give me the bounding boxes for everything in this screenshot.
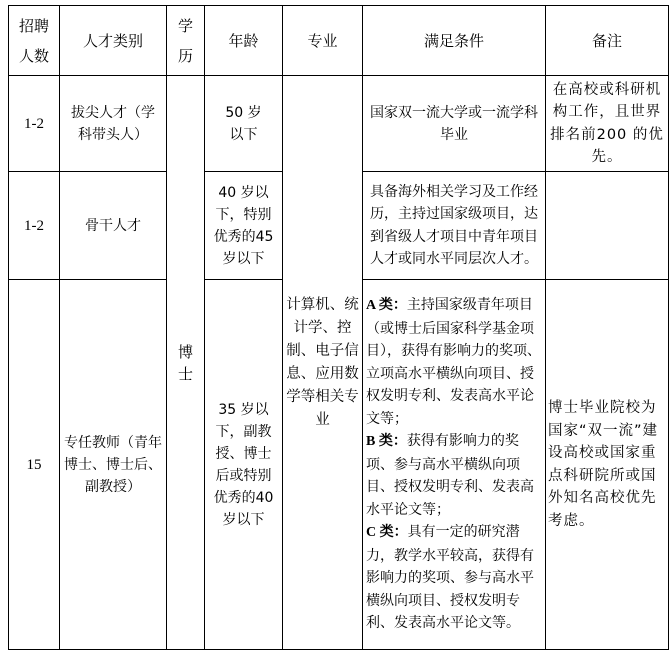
- row-conditions: A 类：主持国家级青年项目（或博士后国家科学基金项目），获得有影响力的奖项、立项…: [363, 280, 546, 650]
- row-age-text: 35 岁以下，副教授、博士后或特别优秀的40 岁以下: [205, 399, 282, 531]
- header-count-line2: 人数: [9, 41, 59, 71]
- education-cell: 博 士: [167, 76, 205, 650]
- row-count: 1-2: [9, 172, 60, 280]
- row-age-text: 50 岁以下: [205, 102, 282, 146]
- header-category: 人才类别: [60, 6, 167, 76]
- row-age: 40 岁以下，特别优秀的45 岁以下: [205, 172, 283, 280]
- education-line2: 士: [167, 363, 204, 385]
- row-category: 骨干人才: [60, 172, 167, 280]
- row-remarks: 在高校或科研机构工作，且世界排名前200 的优先。: [546, 76, 669, 172]
- header-age: 年龄: [205, 6, 283, 76]
- education-line1: 博: [167, 341, 204, 363]
- header-education: 学 历: [167, 6, 205, 76]
- header-count: 招聘 人数: [9, 6, 60, 76]
- row-remarks-text: 在高校或科研机构工作，且世界排名前200 的优先。: [546, 79, 668, 169]
- conditions-list: A 类：主持国家级青年项目（或博士后国家科学基金项目），获得有影响力的奖项、立项…: [363, 294, 545, 635]
- row-conditions: 具备海外相关学习及工作经历，主持过国家级项目，达到省级人才项目中青年项目人才或同…: [363, 172, 546, 280]
- recruitment-table: 招聘 人数 人才类别 学 历 年龄 专业 满足条件 备注 1-2 拔尖人才（学科…: [8, 5, 669, 650]
- header-row: 招聘 人数 人才类别 学 历 年龄 专业 满足条件 备注: [9, 6, 669, 76]
- header-remarks: 备注: [546, 6, 669, 76]
- row-remarks: 博士毕业院校为国家“双一流”建设高校或国家重点科研院所或国外知名高校优先考虑。: [546, 280, 669, 650]
- header-education-line1: 学: [167, 11, 204, 41]
- condition-a: A 类：主持国家级青年项目（或博士后国家科学基金项目），获得有影响力的奖项、立项…: [366, 294, 542, 430]
- row-remarks-text: 博士毕业院校为国家“双一流”建设高校或国家重点科研院所或国外知名高校优先考虑。: [546, 397, 668, 532]
- table-row: 1-2 拔尖人才（学科带头人） 博 士 50 岁以下 计算机、统计学、控制、电子…: [9, 76, 669, 172]
- condition-a-label: A 类：: [366, 298, 407, 313]
- condition-a-text: 主持国家级青年项目（或博士后国家科学基金项目），获得有影响力的奖项、立项高水平横…: [366, 297, 541, 427]
- row-count: 15: [9, 280, 60, 650]
- row-category: 拔尖人才（学科带头人）: [60, 76, 167, 172]
- row-remarks: [546, 172, 669, 280]
- condition-c-label: C 类：: [366, 525, 408, 540]
- condition-c: C 类：具有一定的研究潜力，教学水平较高，获得有影响力的奖项、参与高水平横纵向项…: [366, 521, 542, 635]
- major-text: 计算机、统计学、控制、电子信息、应用数学等相关专业: [283, 294, 362, 432]
- row-category-text: 拔尖人才（学科带头人）: [60, 102, 166, 146]
- header-count-line1: 招聘: [9, 11, 59, 41]
- major-cell: 计算机、统计学、控制、电子信息、应用数学等相关专业: [283, 76, 363, 650]
- row-conditions-text: 国家双一流大学或一流学科毕业: [363, 102, 545, 146]
- header-conditions: 满足条件: [363, 6, 546, 76]
- header-major: 专业: [283, 6, 363, 76]
- condition-c-text: 具有一定的研究潜力，教学水平较高，获得有影响力的奖项、参与高水平横纵向项目、授权…: [366, 524, 534, 631]
- condition-b: B 类：获得有影响力的奖项、参与高水平横纵向项目、授权发明专利、发表高水平论文等…: [366, 430, 542, 521]
- row-age: 35 岁以下，副教授、博士后或特别优秀的40 岁以下: [205, 280, 283, 650]
- row-count: 1-2: [9, 76, 60, 172]
- row-category: 专任教师（青年博士、博士后、副教授）: [60, 280, 167, 650]
- row-conditions: 国家双一流大学或一流学科毕业: [363, 76, 546, 172]
- row-age: 50 岁以下: [205, 76, 283, 172]
- row-conditions-text: 具备海外相关学习及工作经历，主持过国家级项目，达到省级人才项目中青年项目人才或同…: [363, 181, 545, 271]
- condition-b-label: B 类：: [366, 434, 407, 449]
- row-category-text: 专任教师（青年博士、博士后、副教授）: [60, 432, 166, 498]
- header-education-line2: 历: [167, 41, 204, 71]
- row-age-text: 40 岁以下，特别优秀的45 岁以下: [205, 182, 282, 270]
